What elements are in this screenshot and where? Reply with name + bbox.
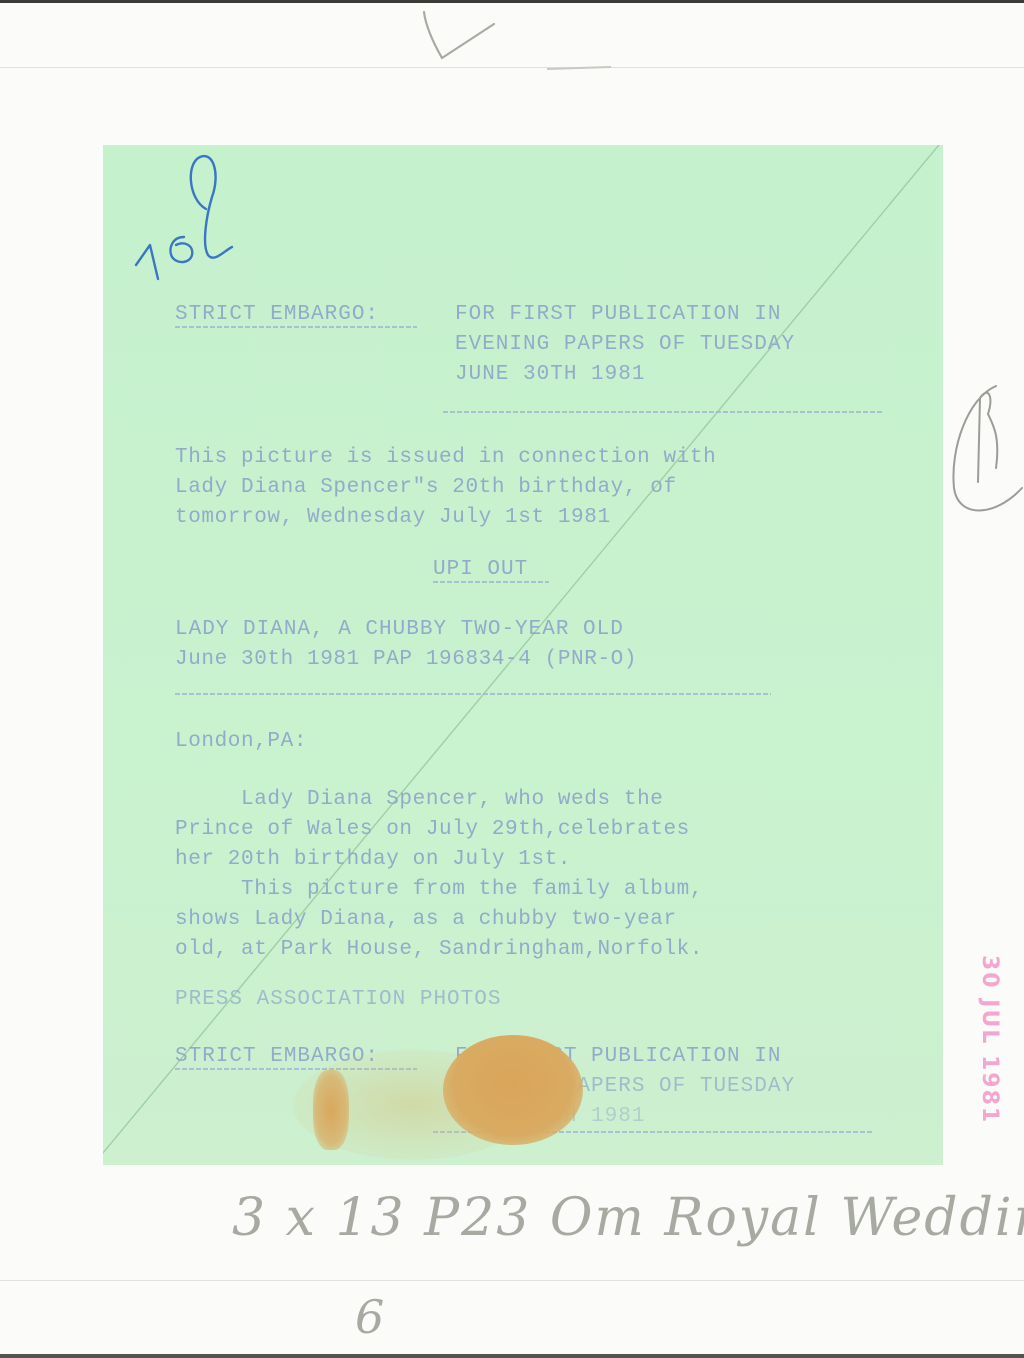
embargo-line-3: JUNE 30TH 1981 <box>455 360 645 390</box>
dateline: London,PA: <box>175 727 307 757</box>
caption-title-line-1: LADY DIANA, A CHUBBY TWO-YEAR OLD <box>175 615 624 645</box>
faint-crease <box>0 1280 1024 1281</box>
stain-blot <box>443 1035 583 1145</box>
faint-crease <box>0 67 1024 68</box>
restriction-underline <box>433 581 549 583</box>
pencil-dash <box>545 60 615 78</box>
photo-top-edge <box>0 0 1024 3</box>
photo-bottom-edge <box>0 1354 1024 1358</box>
body-line-1: Lady Diana Spencer, who weds the <box>175 785 663 815</box>
body-line-6: old, at Park House, Sandringham,Norfolk. <box>175 935 703 965</box>
check-mark-icon <box>420 8 510 73</box>
ink-number-158 <box>128 145 238 280</box>
body-line-4: This picture from the family album, <box>175 875 703 905</box>
handwritten-note: 3 x 13 P23 Om Royal Wedding <box>232 1188 1024 1248</box>
body-line-3: her 20th birthday on July 1st. <box>175 845 571 875</box>
intro-line-2: Lady Diana Spencer"s 20th birthday, of <box>175 473 677 503</box>
body-line-2: Prince of Wales on July 29th,celebrates <box>175 815 690 845</box>
intro-line-3: tomorrow, Wednesday July 1st 1981 <box>175 503 611 533</box>
intro-line-1: This picture is issued in connection wit… <box>175 443 716 473</box>
photo-credit: PRESS ASSOCIATION PHOTOS <box>175 985 501 1015</box>
header-rule <box>443 411 883 413</box>
caption-sheet: STRICT EMBARGO: FOR FIRST PUBLICATION IN… <box>103 145 943 1165</box>
body-line-5: shows Lady Diana, as a chubby two-year <box>175 905 677 935</box>
embargo-line-1: FOR FIRST PUBLICATION IN <box>455 300 781 330</box>
embargo-underline <box>175 326 417 328</box>
handwritten-mark: 6 <box>355 1290 384 1344</box>
caption-rule <box>175 693 771 695</box>
circled-letter-b-icon <box>944 378 1024 533</box>
date-stamp-text: 30 JUL 1981 <box>977 955 1002 1124</box>
stain-drip <box>313 1070 349 1150</box>
caption-title-line-2: June 30th 1981 PAP 196834-4 (PNR-O) <box>175 645 637 675</box>
date-stamp: 30 JUL 1981 <box>968 955 1008 1165</box>
embargo-line-2: EVENING PAPERS OF TUESDAY <box>455 330 795 360</box>
